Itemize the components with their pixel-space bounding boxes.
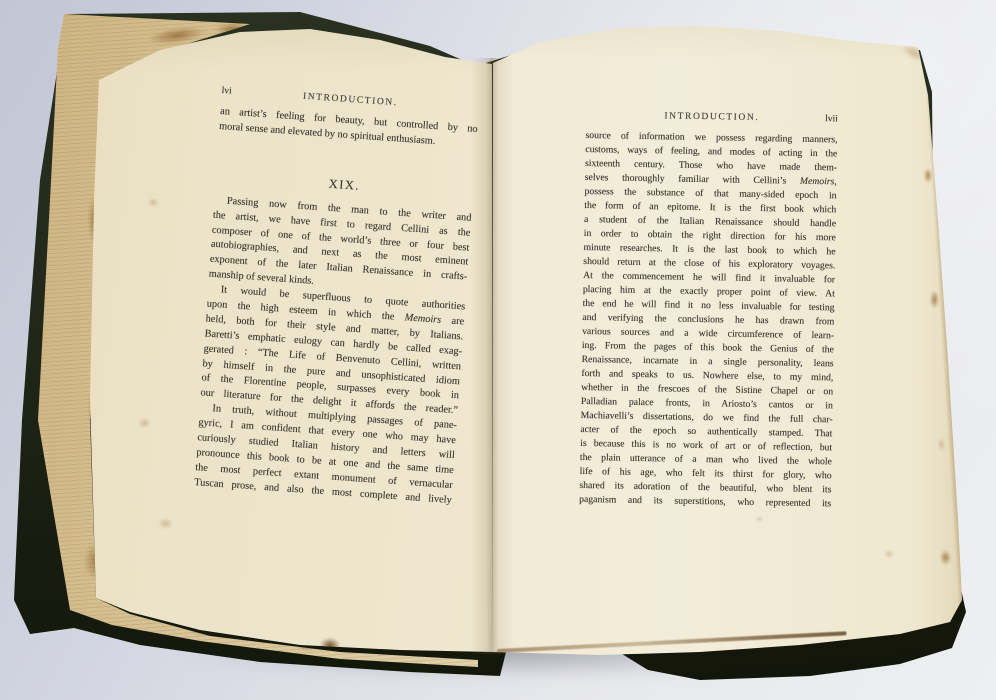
foxing-spot	[158, 518, 173, 529]
paragraph: It would be superfluous to quote authori…	[200, 283, 466, 420]
right-page-text: INTRODUCTION. lvii source of information…	[579, 110, 838, 511]
paragraph: source of information we possess regardi…	[579, 129, 838, 511]
running-head-title-right: INTRODUCTION.	[622, 111, 802, 124]
right-fore-edge	[925, 80, 966, 614]
photo-background: lvi INTRODUCTION. an artist’s feeling fo…	[0, 0, 996, 700]
folio-right: lvii	[802, 114, 838, 125]
foxing-spot	[924, 168, 932, 183]
folio-left: lvi	[221, 86, 258, 98]
foxing-spot	[884, 550, 894, 558]
continuation-paragraph: an artist’s feeling for beauty, but cont…	[219, 105, 478, 153]
foxing-spot	[756, 516, 763, 522]
foxing-spot	[138, 418, 151, 428]
foxing-spot	[930, 290, 939, 309]
paragraph: In truth, without multiplying passages o…	[194, 401, 458, 508]
foxing-spot	[938, 438, 945, 451]
foxing-spot	[940, 550, 951, 565]
foxing-spot	[898, 40, 929, 66]
left-page-text: lvi INTRODUCTION. an artist’s feeling fo…	[194, 86, 480, 509]
folio-spacer	[443, 108, 479, 111]
foxing-spot	[148, 198, 159, 207]
folio-spacer	[586, 117, 622, 118]
